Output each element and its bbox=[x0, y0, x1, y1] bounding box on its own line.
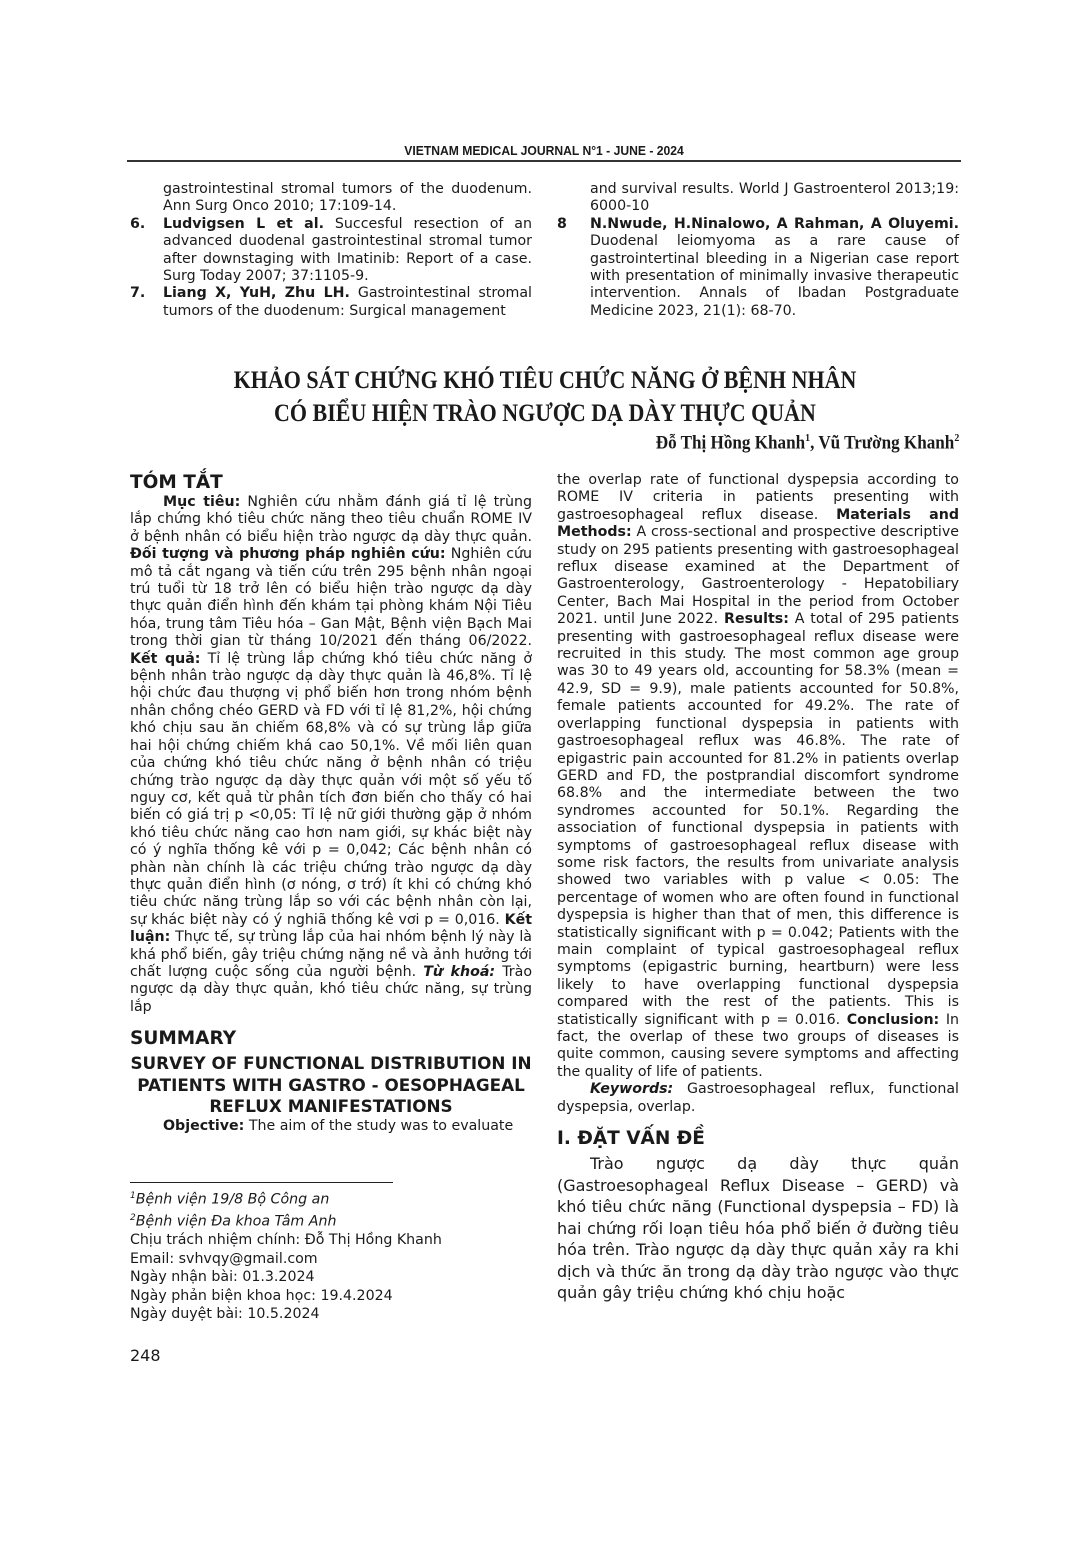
abstract-vi-heading: TÓM TẮT bbox=[130, 472, 532, 494]
abstract-en-keywords: Keywords: Gastroesophageal reflux, funct… bbox=[557, 1081, 959, 1116]
affiliation-2: 2Bệnh viện Đa khoa Tâm Anh bbox=[130, 1209, 550, 1231]
text-objective-start: The aim of the study was to evaluate bbox=[244, 1118, 513, 1134]
date-received: Ngày nhận bài: 01.3.2024 bbox=[130, 1268, 550, 1287]
header-rule bbox=[127, 160, 961, 162]
label-conclusion: Conclusion: bbox=[847, 1012, 939, 1028]
reference-item: 7. Liang X, YuH, Zhu LH. Gastrointestina… bbox=[130, 285, 532, 320]
label-objective: Objective: bbox=[163, 1118, 244, 1134]
corresponding-author: Chịu trách nhiệm chính: Đỗ Thị Hồng Khan… bbox=[130, 1231, 550, 1250]
reference-authors: N.Nwude, H.Ninalowo, A Rahman, A Oluyemi… bbox=[590, 216, 959, 232]
email: Email: svhvqy@gmail.com bbox=[130, 1250, 550, 1269]
reference-authors: Liang X, YuH, Zhu LH. bbox=[163, 285, 350, 301]
introduction-heading: I. ĐẶT VẤN ĐỀ bbox=[557, 1128, 959, 1150]
abstract-en-title: SURVEY OF FUNCTIONAL DISTRIBUTION IN PAT… bbox=[130, 1053, 532, 1118]
references-left: gastrointestinal stromal tumors of the d… bbox=[130, 181, 532, 320]
date-accepted: Ngày duyệt bài: 10.5.2024 bbox=[130, 1305, 550, 1324]
reference-text: Duodenal leiomyoma as a rare cause of ga… bbox=[590, 233, 959, 319]
reference-number: 8 bbox=[557, 216, 567, 233]
reference-item: 8 N.Nwude, H.Ninalowo, A Rahman, A Oluye… bbox=[557, 216, 959, 320]
footnote-rule bbox=[130, 1182, 393, 1183]
label-tu-khoa: Từ khoá: bbox=[423, 964, 495, 980]
footnotes: 1Bệnh viện 19/8 Bộ Công an 2Bệnh viện Đa… bbox=[130, 1187, 550, 1324]
article-title-line-2: CÓ BIỂU HIỆN TRÀO NGƯỢC DẠ DÀY THỰC QUẢN bbox=[180, 397, 910, 430]
label-doi-tuong: Đối tượng và phương pháp nghiên cứu: bbox=[130, 546, 446, 562]
label-results: Results: bbox=[724, 611, 789, 627]
author-separator: , bbox=[810, 432, 818, 453]
abstract-vi-body: Mục tiêu: Nghiên cứu nhằm đánh giá tỉ lệ… bbox=[130, 494, 532, 1016]
abstract-left-column: TÓM TẮT Mục tiêu: Nghiên cứu nhằm đánh g… bbox=[130, 472, 532, 1135]
author-2-affiliation: 2 bbox=[954, 432, 959, 444]
article-title: KHẢO SÁT CHỨNG KHÓ TIÊU CHỨC NĂNG Ở BỆNH… bbox=[180, 364, 910, 430]
journal-page: VIETNAM MEDICAL JOURNAL N°1 - JUNE - 202… bbox=[0, 0, 1090, 1541]
abstract-right-column: the overlap rate of functional dyspepsia… bbox=[557, 472, 959, 1304]
reference-number: 6. bbox=[130, 216, 145, 233]
abstract-en-objective-start: Objective: The aim of the study was to e… bbox=[130, 1118, 532, 1135]
article-title-line-1: KHẢO SÁT CHỨNG KHÓ TIÊU CHỨC NĂNG Ở BỆNH… bbox=[180, 364, 910, 397]
reference-continuation: and survival results. World J Gastroente… bbox=[557, 181, 959, 216]
author-2: Vũ Trường Khanh bbox=[818, 432, 954, 453]
reference-item: 6. Ludvigsen L et al. Succesful resectio… bbox=[130, 216, 532, 286]
abstract-en-heading: SUMMARY bbox=[130, 1028, 532, 1050]
author-1: Đỗ Thị Hồng Khanh bbox=[655, 432, 804, 453]
label-ket-qua: Kết quả: bbox=[130, 651, 200, 667]
affiliation-2-text: Bệnh viện Đa khoa Tâm Anh bbox=[136, 1214, 337, 1230]
article-authors: Đỗ Thị Hồng Khanh1, Vũ Trường Khanh2 bbox=[655, 432, 959, 454]
label-muc-tieu: Mục tiêu: bbox=[163, 494, 240, 510]
page-number: 248 bbox=[130, 1346, 161, 1365]
text-ket-qua: Tỉ lệ trùng lắp chứng khó tiêu chức năng… bbox=[130, 651, 532, 928]
reference-authors: Ludvigsen L et al. bbox=[163, 216, 324, 232]
affiliation-1: 1Bệnh viện 19/8 Bộ Công an bbox=[130, 1187, 550, 1209]
affiliation-1-text: Bệnh viện 19/8 Bộ Công an bbox=[136, 1192, 330, 1208]
running-header: VIETNAM MEDICAL JOURNAL N°1 - JUNE - 202… bbox=[160, 143, 927, 158]
introduction-body: Trào ngược dạ dày thực quản (Gastroesoph… bbox=[557, 1153, 959, 1304]
reference-continuation: gastrointestinal stromal tumors of the d… bbox=[130, 181, 532, 216]
text-results: A total of 295 patients presenting with … bbox=[557, 611, 959, 1027]
references-right: and survival results. World J Gastroente… bbox=[557, 181, 959, 320]
label-keywords: Keywords: bbox=[590, 1081, 673, 1097]
abstract-en-body: the overlap rate of functional dyspepsia… bbox=[557, 472, 959, 1081]
reference-number: 7. bbox=[130, 285, 145, 302]
date-reviewed: Ngày phản biện khoa học: 19.4.2024 bbox=[130, 1287, 550, 1306]
